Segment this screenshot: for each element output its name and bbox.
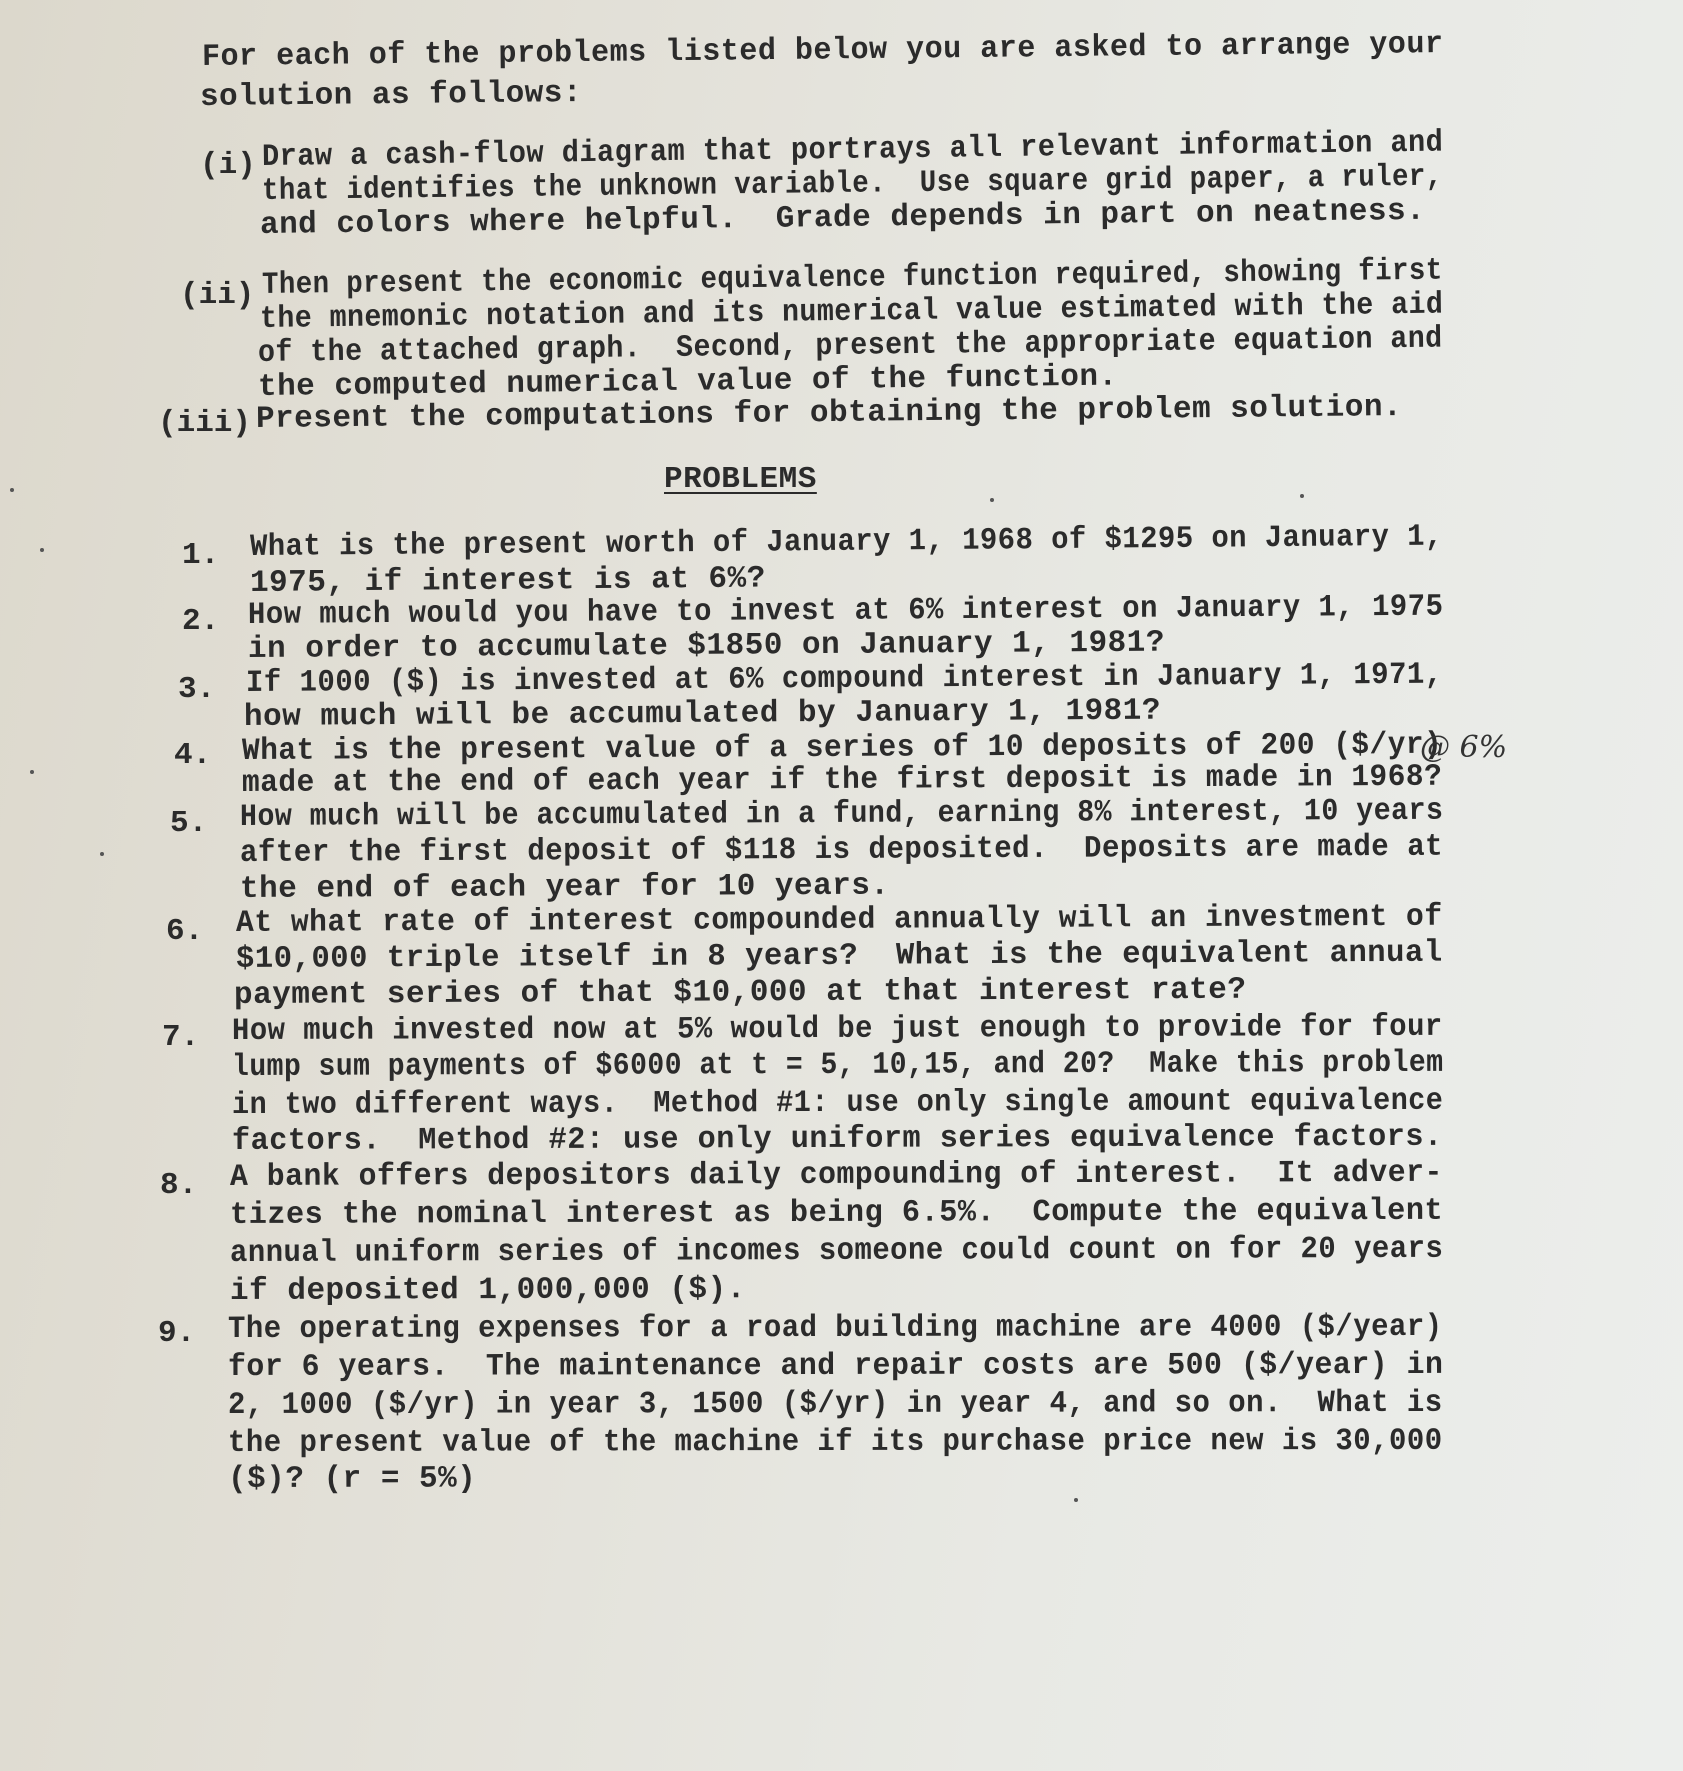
problem-3-number: 3.	[178, 672, 215, 707]
problems-heading: PROBLEMS	[664, 462, 817, 497]
problem-7-number: 7.	[162, 1020, 199, 1055]
problem-5-line-2: after the first deposit of $118 is depos…	[240, 830, 1443, 871]
problem-9-line-3: 2, 1000 ($/yr) in year 3, 1500 ($/yr) in…	[228, 1386, 1443, 1423]
intro-line-1: For each of the problems listed below yo…	[202, 27, 1444, 75]
problem-2-number: 2.	[182, 604, 219, 639]
problem-9-line-2: for 6 years. The maintenance and repair …	[228, 1348, 1443, 1385]
problem-1-number: 1.	[182, 538, 219, 573]
problem-8-line-1: A bank offers depositors daily compoundi…	[230, 1156, 1443, 1195]
problem-1-line-1: What is the present worth of January 1, …	[250, 520, 1443, 565]
paper-speck	[1074, 1498, 1078, 1502]
instruction-marker-ii: (ii)	[180, 278, 254, 313]
problem-6-line-3: payment series of that $10,000 at that i…	[234, 973, 1247, 1013]
problem-5-number: 5.	[170, 806, 207, 841]
paper-speck	[30, 770, 34, 774]
problem-8-line-3: annual uniform series of incomes someone…	[230, 1232, 1443, 1271]
paper-speck	[40, 548, 44, 552]
problem-9-line-5: ($)? (r = 5%)	[228, 1462, 476, 1497]
paper-speck	[1300, 494, 1304, 498]
problem-4-number: 4.	[174, 738, 211, 773]
problem-7-line-2: lump sum payments of $6000 at t = 5, 10,…	[232, 1046, 1444, 1085]
problem-6-line-1: At what rate of interest compounded annu…	[236, 900, 1443, 941]
paper-speck	[10, 488, 14, 492]
problem-9-line-1: The operating expenses for a road buildi…	[228, 1310, 1443, 1347]
problem-8-line-4: if deposited 1,000,000 ($).	[230, 1272, 746, 1309]
problem-6-line-2: $10,000 triple itself in 8 years? What i…	[236, 936, 1443, 977]
problem-6-number: 6.	[166, 914, 203, 949]
problem-9-line-4: the present value of the machine if its …	[228, 1424, 1443, 1461]
intro-line-2: solution as follows:	[200, 76, 582, 115]
paper-speck	[990, 498, 994, 502]
problem-3-line-2: how much will be accumulated by January …	[244, 694, 1161, 735]
document-page: For each of the problems listed below yo…	[0, 0, 1683, 1771]
problem-3-line-1: If 1000 ($) is invested at 6% compound i…	[246, 658, 1443, 701]
problem-5-line-3: the end of each year for 10 years.	[240, 869, 890, 907]
problem-9-number: 9.	[158, 1316, 195, 1351]
problem-7-line-3: in two different ways. Method #1: use on…	[232, 1084, 1443, 1123]
problem-7-line-4: factors. Method #2: use only uniform ser…	[232, 1120, 1443, 1159]
problem-7-line-1: How much invested now at 5% would be jus…	[232, 1010, 1443, 1049]
problem-2-line-1: How much would you have to invest at 6% …	[248, 590, 1444, 633]
instruction-marker-iii: (iii)	[158, 406, 251, 441]
paper-speck	[100, 852, 104, 856]
problem-5-line-1: How much will be accumulated in a fund, …	[240, 794, 1444, 835]
problem-8-number: 8.	[160, 1168, 197, 1203]
instruction-marker-i: (i)	[200, 148, 256, 183]
problem-8-line-2: tizes the nominal interest as being 6.5%…	[230, 1194, 1443, 1233]
